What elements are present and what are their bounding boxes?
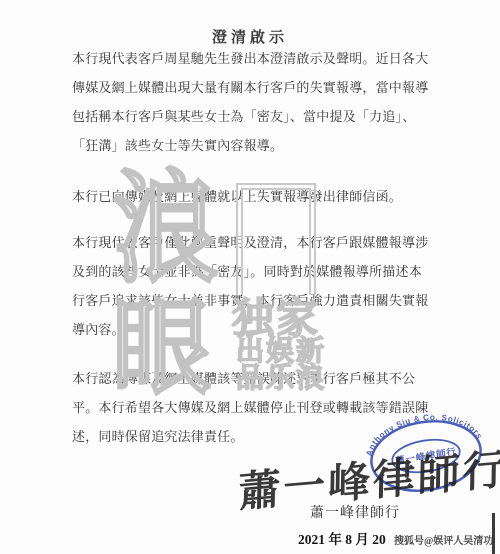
paragraph-2: 本行已向傳媒及網上媒體就以上失實報導發出律師信函。 [72, 182, 438, 211]
date-text: 2021 年 8 月 20 [298, 528, 386, 548]
source-watermark-tag: 搜狐号@娱评人吴清功 [394, 532, 493, 547]
paragraph-1: 本行現代表客戶周星馳先生發出本澄清啟示及聲明。近日各大 傳媒及網上媒體出現大量有… [72, 44, 438, 160]
clarification-notice-scan: 澄清啟示 本行現代表客戶周星馳先生發出本澄清啟示及聲明。近日各大 傳媒及網上媒體… [0, 0, 500, 554]
paragraph-3: 本行現代表客戶僅此鄭重聲明及澄清，本行客戶跟媒體報導涉 及到的該些女士並非為「密… [72, 228, 438, 344]
scan-edge-line [492, 513, 495, 554]
printed-firm-name: 蕭一峰律師行 [310, 502, 400, 522]
